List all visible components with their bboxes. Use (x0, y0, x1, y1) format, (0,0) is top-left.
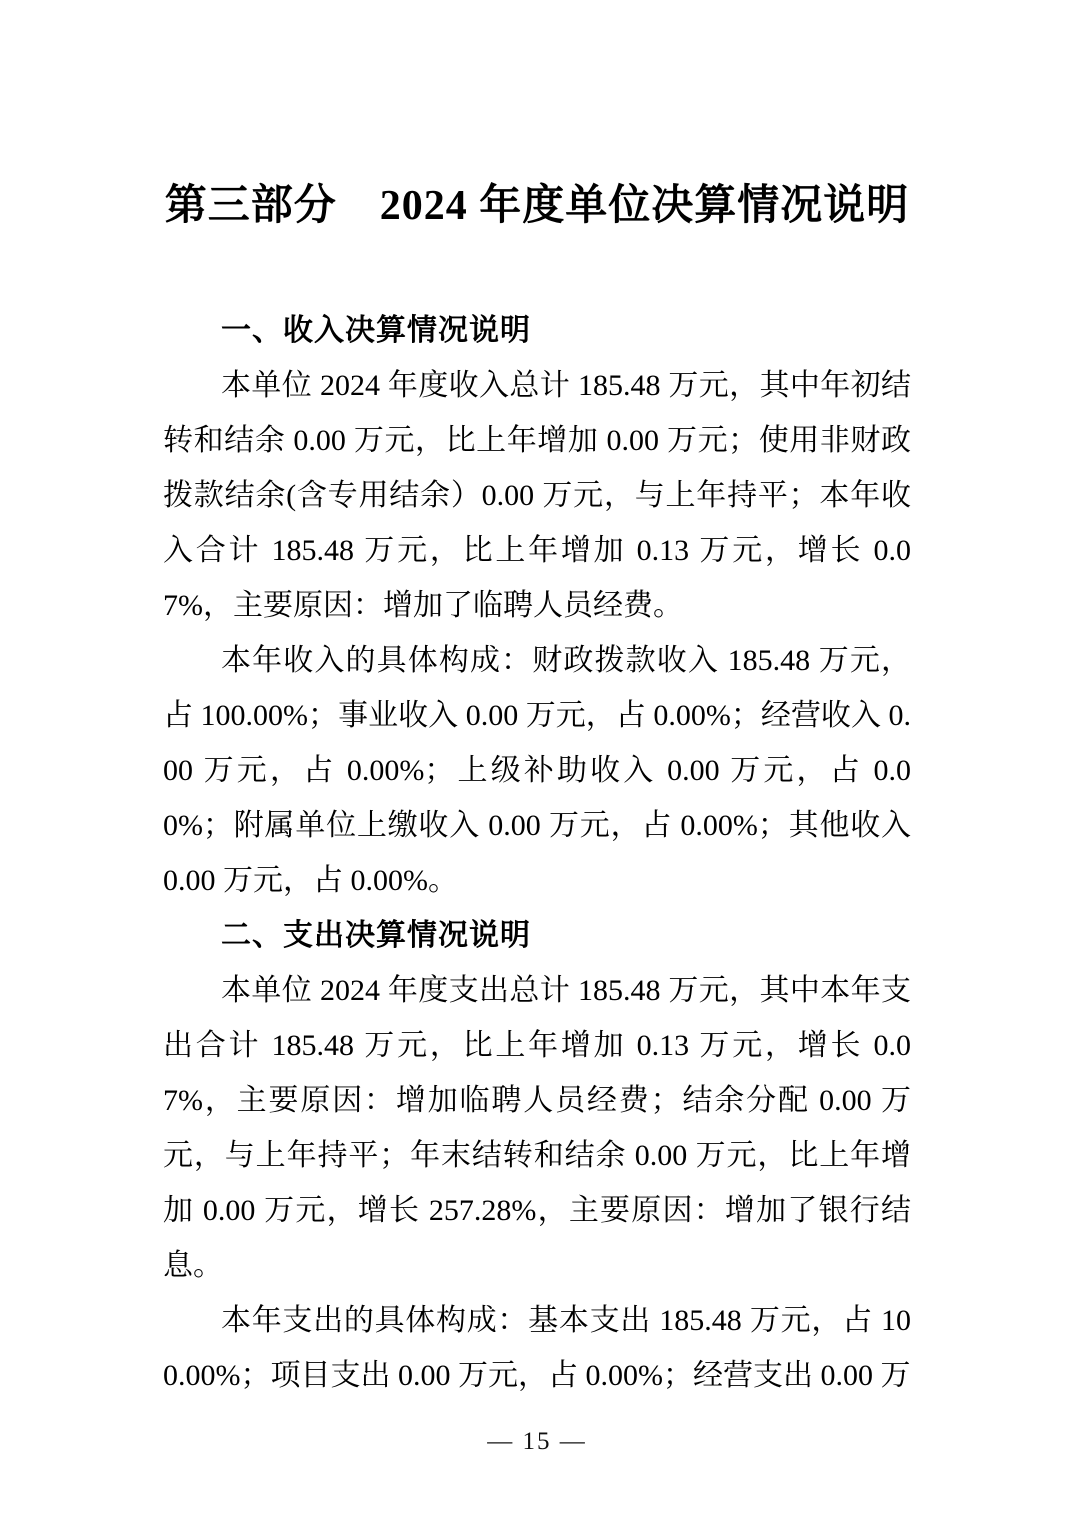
document-page: 第三部分 2024 年度单位决算情况说明 一、收入决算情况说明 本单位 2024… (0, 0, 1074, 1520)
section-income: 一、收入决算情况说明 本单位 2024 年度收入总计 185.48 万元，其中年… (163, 303, 911, 908)
section-expenditure-heading: 二、支出决算情况说明 (163, 908, 911, 963)
expenditure-composition-paragraph: 本年支出的具体构成：基本支出 185.48 万元，占 100.00%；项目支出 … (163, 1293, 911, 1403)
document-body: 一、收入决算情况说明 本单位 2024 年度收入总计 185.48 万元，其中年… (163, 303, 911, 1403)
income-composition-paragraph: 本年收入的具体构成：财政拨款收入 185.48 万元，占 100.00%；事业收… (163, 633, 911, 908)
section-expenditure: 二、支出决算情况说明 本单位 2024 年度支出总计 185.48 万元，其中本… (163, 908, 911, 1403)
page-number: — 15 — (0, 1428, 1074, 1456)
section-income-heading: 一、收入决算情况说明 (163, 303, 911, 358)
expenditure-summary-paragraph: 本单位 2024 年度支出总计 185.48 万元，其中本年支出合计 185.4… (163, 963, 911, 1293)
income-summary-paragraph: 本单位 2024 年度收入总计 185.48 万元，其中年初结转和结余 0.00… (163, 358, 911, 633)
document-title: 第三部分 2024 年度单位决算情况说明 (0, 0, 1074, 233)
